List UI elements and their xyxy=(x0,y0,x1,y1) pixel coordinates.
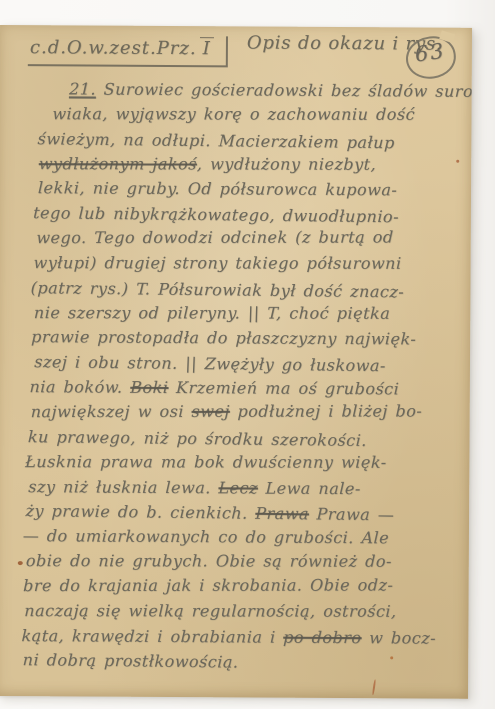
handwriting-text: wyłupi) drugiej strony takiego półsurown… xyxy=(33,253,402,273)
handwriting-text: w bocz- xyxy=(361,628,436,647)
handwriting-line: Łusknia prawa ma bok dwuścienny więk- xyxy=(25,450,462,476)
handwriting-text: 21. xyxy=(69,79,97,98)
struck-text: Boki xyxy=(130,378,169,397)
handwriting-line: bre do krajania jak i skrobania. Obie od… xyxy=(21,573,458,599)
paper-stain xyxy=(390,656,393,659)
handwriting-text: Łusknia prawa ma bok dwuścienny więk- xyxy=(25,452,387,472)
handwriting-text: kąta, krawędzi i obrabiania i xyxy=(21,626,283,647)
notebook-page: c.d.O.w.zest.Prz.I Opis do okazu i rys. … xyxy=(0,25,472,699)
handwriting-text: Lewa nale- xyxy=(258,478,361,498)
header-series-numeral: I xyxy=(200,37,214,59)
handwriting-text: ku prawego, niż po środku szerokości. xyxy=(28,427,368,450)
handwriting-line: — do umiarkowanych co do grubości. Ale xyxy=(22,524,459,552)
handwriting-text: obie do nie grubych. Obie są również do- xyxy=(26,551,393,571)
struck-text: Prawa xyxy=(255,504,309,524)
handwriting-text: (patrz rys.) T. Półsurowiak był dość zna… xyxy=(30,278,404,301)
struck-text: Lecz xyxy=(218,478,258,497)
handwriting-text: Surowiec gościeradowski bez śladów suro- xyxy=(96,80,472,101)
handwriting-text: nie szerszy od pileryny. || T, choć pięt… xyxy=(34,303,391,323)
handwriting-text: podłużnej i bliżej bo- xyxy=(230,401,423,420)
handwriting-line: kąta, krawędzi i obrabiania i po dobro w… xyxy=(19,624,456,652)
handwriting-line: 21. Surowiec gościeradowski bez śladów s… xyxy=(37,77,472,105)
handwriting-text: prawie prostopadła do płaszczyzny najwię… xyxy=(31,328,417,349)
handwriting-line: nie szerszy od pileryny. || T, choć pięt… xyxy=(30,301,467,327)
header-series-title: c.d.O.w.zest.Prz.I xyxy=(28,35,228,67)
handwriting-line: naczają się wielką regularnością, ostroś… xyxy=(20,599,457,625)
handwriting-line: wyłupi) drugiej strony takiego półsurown… xyxy=(31,251,468,277)
handwriting-line: prawie prostopadła do płaszczyzny najwię… xyxy=(29,326,466,354)
handwriting-text: bre do krajania jak i skrobania. Obie od… xyxy=(23,575,394,595)
paper-stain xyxy=(372,679,376,695)
handwriting-line: wydłużonym jakoś, wydłużony niezbyt, xyxy=(34,152,471,178)
handwriting-line: obie do nie grubych. Obie są również do- xyxy=(22,549,459,575)
handwriting-text: ni dobrą prostłkowością. xyxy=(22,651,238,672)
photo-background: c.d.O.w.zest.Prz.I Opis do okazu i rys. … xyxy=(0,0,495,709)
handwriting-text: , wydłużony niezbyt, xyxy=(197,154,377,173)
struck-text: wydłużonym jakoś xyxy=(39,154,198,173)
header-series-text: c.d.O.w.zest.Prz. xyxy=(30,37,197,59)
handwriting-line: ni dobrą prostłkowością. xyxy=(18,648,455,678)
handwriting-text: — do umiarkowanych co do grubości. Ale xyxy=(22,526,389,547)
handwriting-line: lekki, nie gruby. Od półsurowca kupowa- xyxy=(34,177,471,205)
handwriting-text: wiaka, wyjąwszy korę o zachowaniu dość xyxy=(52,104,415,124)
handwriting-text: tego lub nibykrążkowatego, dwuodłupnio- xyxy=(33,203,400,226)
struck-text: po dobro xyxy=(283,627,362,646)
handwriting-line: wego. Tego dowodzi odcinek (z burtą od xyxy=(32,225,469,251)
handwriting-text: Prawa — xyxy=(309,505,395,525)
page-header: c.d.O.w.zest.Prz.I Opis do okazu i rys. … xyxy=(28,31,464,80)
handwriting-text: lekki, nie gruby. Od półsurowca kupowa- xyxy=(38,179,398,200)
handwriting-text: naczają się wielką regularnością, ostroś… xyxy=(24,601,397,621)
handwriting-text: Krzemień ma oś grubości xyxy=(168,378,399,398)
struck-text: swej xyxy=(191,402,230,421)
handwriting-text: nia boków. xyxy=(29,377,130,397)
handwriting-text: ży prawie do b. cienkich. xyxy=(25,501,255,523)
paper-stain xyxy=(456,160,459,163)
handwriting-text: wego. Tego dowodzi odcinek (z burtą od xyxy=(36,228,394,248)
handwriting-text: największej w osi xyxy=(31,402,192,421)
paper-stain xyxy=(18,561,23,565)
handwriting-line: wiaka, wyjąwszy korę o zachowaniu dość xyxy=(36,102,472,128)
handwriting-text: szej i obu stron. || Zwężyły go łuskowa- xyxy=(34,352,386,375)
handwriting-line: szej i obu stron. || Zwężyły go łuskowa- xyxy=(28,350,465,380)
handwriting-text: świeżym, na odłupi. Macierzakiem pałup xyxy=(37,129,395,152)
handwriting-line: szy niż łusknia lewa. Lecz Lewa nale- xyxy=(24,475,461,503)
handwriting-line: największej w osi swej podłużnej i bliże… xyxy=(26,399,463,425)
manuscript-lines: 21. Surowiec gościeradowski bez śladów s… xyxy=(18,77,472,676)
page-number: 63 xyxy=(406,38,455,68)
handwriting-text: szy niż łusknia lewa. xyxy=(28,477,219,497)
